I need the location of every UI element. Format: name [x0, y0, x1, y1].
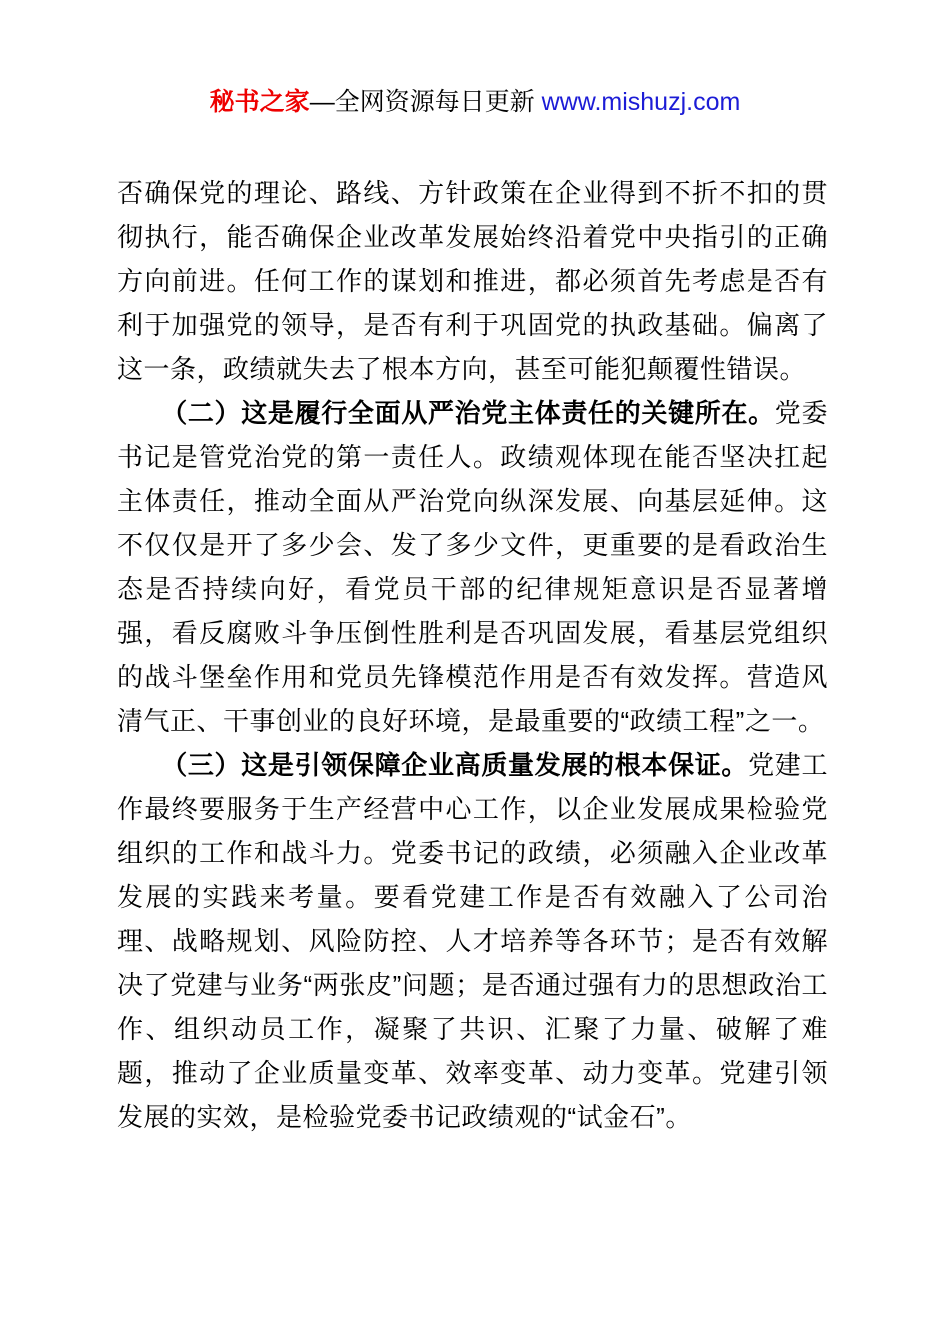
header-tagline: 全网资源每日更新 [335, 88, 535, 116]
header-separator: — [310, 88, 335, 116]
paragraph-section-three: （三）这是引领保障企业高质量发展的根本保证。党建工作最终要服务于生产经营中心工作… [117, 743, 828, 1139]
paragraph-text: 党建工作最终要服务于生产经营中心工作，以企业发展成果检验党组织的工作和战斗力。党… [117, 750, 828, 1132]
site-url-link[interactable]: www.mishuzj.com [542, 88, 741, 116]
paragraph-section-two: （二）这是履行全面从严治党主体责任的关键所在。党委书记是管党治党的第一责任人。政… [117, 391, 828, 743]
site-brand: 秘书之家 [210, 88, 310, 116]
paragraph-lead-bold: （二）这是履行全面从严治党主体责任的关键所在。 [161, 398, 775, 428]
document-body: 否确保党的理论、路线、方针政策在企业得到不折不扣的贯彻执行，能否确保企业改革发展… [117, 171, 828, 1139]
paragraph-text: 党委书记是管党治党的第一责任人。政绩观体现在能否坚决扛起主体责任，推动全面从严治… [117, 398, 828, 736]
header-space [535, 88, 542, 116]
site-header: 秘书之家—全网资源每日更新 www.mishuzj.com [0, 0, 950, 118]
paragraph-continuation: 否确保党的理论、路线、方针政策在企业得到不折不扣的贯彻执行，能否确保企业改革发展… [117, 171, 828, 391]
paragraph-lead-bold: （三）这是引领保障企业高质量发展的根本保证。 [161, 750, 748, 780]
paragraph-text: 否确保党的理论、路线、方针政策在企业得到不折不扣的贯彻执行，能否确保企业改革发展… [117, 178, 828, 384]
